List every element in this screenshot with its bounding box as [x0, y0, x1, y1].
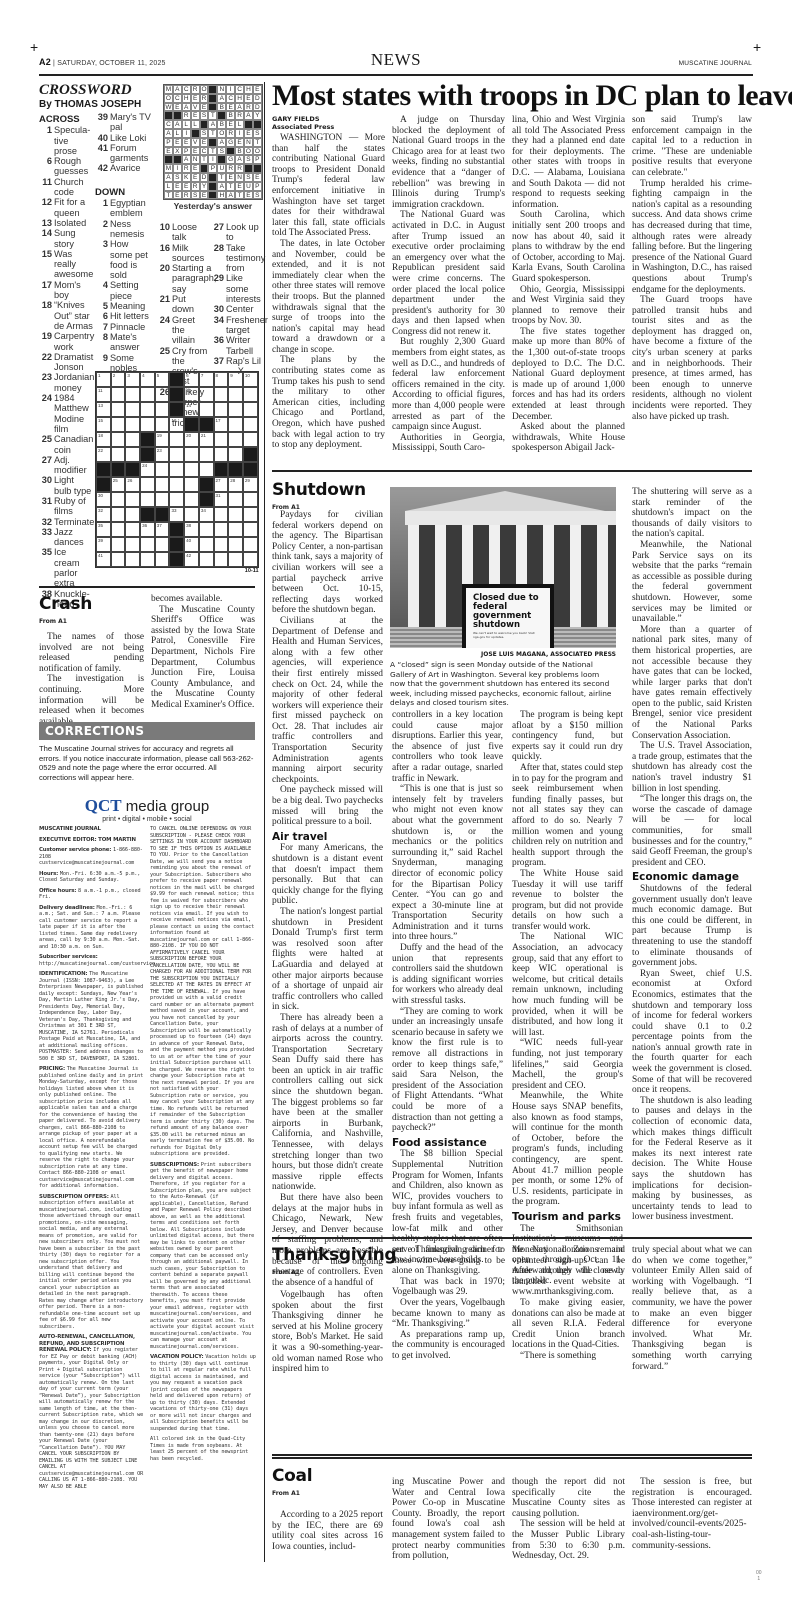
grid-cell[interactable]: 27 — [214, 477, 229, 492]
grid-cell[interactable]: 10 — [243, 372, 258, 387]
answer-cell: D — [200, 173, 209, 182]
grid-cell[interactable] — [199, 447, 214, 462]
grid-cell[interactable]: 24 — [140, 462, 155, 477]
grid-cell[interactable] — [111, 447, 126, 462]
grid-cell[interactable] — [169, 447, 184, 462]
clue: 25Canadian coin — [39, 434, 93, 455]
shutdown-col2: controllers in a key location could caus… — [392, 710, 503, 1266]
answer-cell: S — [253, 191, 262, 200]
answer-cell: Y — [253, 111, 262, 120]
answer-cell: M — [164, 85, 173, 94]
byline-org: Associated Press — [272, 123, 334, 131]
grid-cell[interactable]: 25 — [111, 477, 126, 492]
answer-cell — [253, 164, 262, 173]
answer-cell: B — [217, 120, 226, 129]
thanksgiving-col3: Monetary donations and volunteer sign-up… — [512, 1245, 625, 1362]
grid-cell[interactable]: 7 — [199, 372, 214, 387]
down-clues-col2: 27Look up to28Take testimony from29Like … — [211, 222, 263, 376]
answer-cell: D — [253, 94, 262, 103]
grid-cell[interactable]: 17 — [214, 417, 229, 432]
grid-cell[interactable]: 29 — [243, 477, 258, 492]
answer-cell — [200, 164, 209, 173]
coal-col4: The session is free, but registration is… — [632, 1477, 752, 1551]
answer-cell: O — [164, 94, 173, 103]
grid-cell[interactable] — [125, 537, 140, 552]
grid-cell[interactable] — [214, 537, 229, 552]
clue: 1Egyptian emblem — [95, 198, 151, 219]
grid-cell[interactable]: 30 — [96, 492, 111, 507]
grid-cell[interactable] — [184, 492, 199, 507]
byline-name: GARY FIELDS — [272, 115, 334, 123]
answer-cell — [191, 129, 200, 138]
masthead-block: MUSCATINE JOURNAL — [39, 826, 144, 833]
answer-cell: V — [191, 103, 200, 112]
grid-cell[interactable] — [111, 387, 126, 402]
answer-cell: L — [173, 129, 182, 138]
grid-cell[interactable]: 22 — [96, 447, 111, 462]
grid-cell[interactable] — [228, 492, 243, 507]
lead-col1: WASHINGTON — More than half the states c… — [272, 133, 385, 451]
grid-cell[interactable] — [228, 402, 243, 417]
grid-cell[interactable] — [155, 477, 170, 492]
grid-cell[interactable] — [243, 447, 258, 462]
grid-cell[interactable] — [169, 492, 184, 507]
grid-cell[interactable] — [140, 447, 155, 462]
grid-cell[interactable] — [125, 492, 140, 507]
answer-cell: T — [253, 138, 262, 147]
grid-cell[interactable] — [199, 522, 214, 537]
answer-cell: E — [244, 129, 253, 138]
masthead-right-col: TO CANCEL ONLINE DEPENDING ON YOUR SUBSC… — [150, 826, 256, 1466]
grid-cell[interactable] — [199, 462, 214, 477]
grid-cell[interactable] — [125, 462, 140, 477]
answer-cell: A — [217, 138, 226, 147]
clue: 7Pinnacle — [95, 322, 151, 332]
clue: 27Look up to — [211, 222, 263, 243]
answer-cell — [173, 111, 182, 120]
clue: 4Setting piece — [95, 280, 151, 301]
grid-cell[interactable] — [125, 552, 140, 567]
answer-cell: A — [244, 111, 253, 120]
grid-cell[interactable] — [199, 387, 214, 402]
logo-rest: media group — [122, 798, 210, 815]
grid-cell[interactable] — [125, 387, 140, 402]
answer-cell: P — [164, 138, 173, 147]
answer-cell: E — [164, 147, 173, 156]
clue: 18“Knives Out” star de Armas — [39, 300, 93, 331]
grid-cell[interactable] — [169, 462, 184, 477]
answer-cell: B — [226, 111, 235, 120]
answer-cell: S — [191, 191, 200, 200]
answer-cell: C — [200, 147, 209, 156]
grid-cell[interactable] — [140, 477, 155, 492]
answer-cell: E — [173, 138, 182, 147]
answer-cell: C — [173, 94, 182, 103]
answer-cell: I — [182, 129, 191, 138]
grid-cell[interactable] — [111, 417, 126, 432]
clue: 16Milk sources — [157, 243, 209, 264]
grid-cell[interactable]: 11 — [96, 387, 111, 402]
crash-col2: becomes available.The Muscatine County S… — [151, 594, 255, 711]
grid-cell[interactable] — [199, 477, 214, 492]
clue: 34Freshener target — [211, 315, 263, 336]
shutdown-photo: Closed due to federal government shutdow… — [390, 487, 616, 648]
grid-cell[interactable] — [169, 372, 184, 387]
grid-cell[interactable] — [111, 432, 126, 447]
grid-cell[interactable] — [155, 537, 170, 552]
answer-cell — [208, 191, 217, 200]
answer-cell — [173, 155, 182, 164]
answer-cell: P — [208, 164, 217, 173]
grid-cell[interactable] — [184, 417, 199, 432]
grid-cell[interactable] — [184, 507, 199, 522]
grid-cell[interactable] — [140, 402, 155, 417]
qct-logo: QCT media group print • digital • mobile… — [39, 796, 255, 823]
thanksgiving-divider-1 — [272, 1454, 752, 1456]
across-clues-cont: 39Mary's TV pal40Like Loki41Forum garmen… — [95, 112, 151, 373]
grid-cell[interactable] — [140, 432, 155, 447]
grid-cell[interactable] — [243, 552, 258, 567]
answer-cell: T — [208, 111, 217, 120]
grid-cell[interactable] — [243, 417, 258, 432]
grid-cell[interactable] — [228, 507, 243, 522]
answer-cell — [208, 173, 217, 182]
grid-cell[interactable]: 15 — [96, 417, 111, 432]
answer-cell: S — [217, 147, 226, 156]
grid-cell[interactable]: 4 — [140, 372, 155, 387]
grid-cell[interactable] — [228, 447, 243, 462]
grid-cell[interactable] — [155, 402, 170, 417]
shutdown-col1: Paydays for civilian federal workers dep… — [272, 510, 383, 1288]
answer-cell: N — [244, 138, 253, 147]
column-divider — [264, 82, 265, 1562]
answer-cell: E — [173, 103, 182, 112]
lead-col2: A judge on Thursday blocked the deployme… — [392, 115, 505, 454]
grid-cell[interactable] — [96, 477, 111, 492]
grid-cell[interactable]: 19 — [155, 432, 170, 447]
grid-cell[interactable] — [169, 522, 184, 537]
clue: 32Terminate — [39, 517, 93, 527]
answer-cell — [244, 164, 253, 173]
grid-cell[interactable] — [199, 552, 214, 567]
answer-cell: A — [164, 173, 173, 182]
grid-cell[interactable]: 35 — [96, 522, 111, 537]
clue: 17Mom's boy — [39, 280, 93, 301]
answer-cell: E — [253, 173, 262, 182]
grid-cell[interactable] — [214, 462, 229, 477]
clue: 29Like some interests — [211, 273, 263, 304]
answer-cell: C — [235, 85, 244, 94]
answer-cell: H — [182, 94, 191, 103]
grid-cell[interactable] — [214, 447, 229, 462]
grid-cell[interactable]: 20 — [184, 432, 199, 447]
clue: 241984 Matthew Modine film — [39, 393, 93, 434]
grid-cell[interactable] — [199, 402, 214, 417]
clue: 28Take testimony from — [211, 243, 263, 274]
grid-cell[interactable] — [169, 552, 184, 567]
answer-cell: I — [226, 85, 235, 94]
masthead-block: Hours: Mon.-Fri. 6:30 a.m.-5 p.m., Close… — [39, 871, 144, 884]
grid-cell[interactable]: 34 — [199, 507, 214, 522]
grid-cell[interactable] — [169, 432, 184, 447]
answer-cell: T — [200, 155, 209, 164]
clue: 5Meaning — [95, 301, 151, 311]
grid-cell[interactable]: 12 — [184, 387, 199, 402]
yesterday-grid: MACRONICHEOCHERACHEDWEAVEBEARDRESTBRAYCA… — [163, 84, 263, 200]
answer-cell: T — [235, 191, 244, 200]
answer-cell: I — [235, 129, 244, 138]
grid-cell[interactable] — [243, 402, 258, 417]
answer-cell: O — [200, 85, 209, 94]
corrections-text: The Muscatine Journal strives for accura… — [39, 744, 255, 782]
answer-cell: M — [164, 164, 173, 173]
answer-cell: U — [244, 182, 253, 191]
answer-cell: C — [182, 85, 191, 94]
answer-cell: R — [226, 129, 235, 138]
grid-cell[interactable] — [140, 537, 155, 552]
grid-cell[interactable]: 21 — [199, 432, 214, 447]
grid-cell[interactable] — [243, 462, 258, 477]
answer-cell: E — [226, 173, 235, 182]
answer-cell: R — [235, 164, 244, 173]
grid-cell[interactable]: 14 — [184, 402, 199, 417]
grid-cell[interactable] — [140, 492, 155, 507]
grid-cell[interactable]: 1 — [96, 372, 111, 387]
grid-cell[interactable] — [199, 537, 214, 552]
clue: 22Dramatist Jonson — [39, 352, 93, 373]
thanksgiving-jump-line: From A1 — [272, 1269, 387, 1276]
answer-cell — [208, 182, 217, 191]
across-clues: ACROSS1Specula-tive prose6Rough guesses1… — [39, 112, 93, 609]
grid-cell[interactable] — [155, 387, 170, 402]
grid-cell[interactable] — [155, 552, 170, 567]
grid-cell[interactable] — [169, 477, 184, 492]
grid-cell[interactable] — [125, 402, 140, 417]
answer-cell: E — [182, 138, 191, 147]
grid-cell[interactable] — [228, 432, 243, 447]
answer-cell: A — [182, 103, 191, 112]
grid-cell[interactable]: 33 — [169, 507, 184, 522]
grid-cell[interactable] — [111, 522, 126, 537]
answer-cell: R — [182, 111, 191, 120]
answer-cell: K — [182, 173, 191, 182]
grid-cell[interactable] — [140, 417, 155, 432]
grid-cell[interactable] — [125, 432, 140, 447]
answer-cell: I — [208, 155, 217, 164]
grid-cell[interactable] — [214, 507, 229, 522]
grid-cell[interactable] — [214, 552, 229, 567]
grid-cell[interactable] — [169, 537, 184, 552]
grid-cell[interactable]: 3 — [125, 372, 140, 387]
answer-cell: P — [253, 155, 262, 164]
grid-cell[interactable] — [140, 387, 155, 402]
clue: 15Was really awesome — [39, 249, 93, 280]
grid-cell[interactable] — [214, 402, 229, 417]
answer-cell: C — [226, 94, 235, 103]
clue: 14Sung story — [39, 228, 93, 249]
pediment — [405, 491, 605, 511]
grid-cell[interactable]: 16 — [169, 417, 184, 432]
answer-cell: A — [235, 103, 244, 112]
sign-text: Closed due to federal government shutdow… — [473, 594, 543, 630]
grid-cell[interactable]: 28 — [228, 477, 243, 492]
clue: 35Ice cream parlor extra — [39, 547, 93, 588]
grid-cell[interactable] — [155, 417, 170, 432]
subhead-food-assistance: Food assistance — [392, 1138, 503, 1149]
grid-cell[interactable] — [199, 492, 214, 507]
answer-cell: A — [226, 191, 235, 200]
answer-cell: H — [244, 85, 253, 94]
clue: 12Fit for a queen — [39, 197, 93, 218]
grid-cell[interactable] — [214, 522, 229, 537]
clue: 19Carpentry work — [39, 331, 93, 352]
grid-cell[interactable] — [111, 462, 126, 477]
grid-cell[interactable] — [243, 432, 258, 447]
grid-cell[interactable] — [243, 387, 258, 402]
answer-cell: R — [235, 111, 244, 120]
subhead-economic-damage: Economic damage — [632, 872, 752, 883]
grid-cell[interactable] — [140, 552, 155, 567]
answer-cell: A — [173, 85, 182, 94]
grid-cell[interactable] — [111, 507, 126, 522]
answer-cell: E — [226, 120, 235, 129]
answer-cell: S — [244, 173, 253, 182]
header-rule — [39, 74, 753, 76]
answer-cell: U — [217, 164, 226, 173]
grid-cell[interactable]: 41 — [96, 552, 111, 567]
answer-cell — [226, 147, 235, 156]
grid-cell[interactable]: 26 — [125, 477, 140, 492]
paper-name: MUSCATINE JOURNAL — [679, 60, 752, 67]
grid-cell[interactable] — [228, 537, 243, 552]
grid-cell[interactable] — [169, 402, 184, 417]
grid-cell[interactable]: 38 — [184, 522, 199, 537]
grid-cell[interactable] — [111, 402, 126, 417]
thanksgiving-col4: truly special about what we can do when … — [632, 1245, 752, 1372]
puzzle-grid[interactable]: 1234567891011121314151617181920212223242… — [95, 371, 259, 568]
photo-credit: JOSE LUIS MAGANA, ASSOCIATED PRESS — [390, 651, 616, 658]
grid-cell[interactable] — [184, 447, 199, 462]
answer-cell: G — [226, 138, 235, 147]
answer-cell: E — [191, 173, 200, 182]
masthead-block: PRICING: The Muscatine Journal is publis… — [39, 1066, 144, 1190]
grid-cell[interactable]: 36 — [140, 522, 155, 537]
masthead-block: SUBSCRIPTION OFFERS: All subscription of… — [39, 1194, 144, 1331]
grid-cell[interactable]: 37 — [155, 522, 170, 537]
grid-cell[interactable]: 32 — [96, 507, 111, 522]
grid-cell[interactable] — [228, 387, 243, 402]
clue: 39Mary's TV pal — [95, 112, 151, 133]
shutdown-divider — [272, 1237, 752, 1239]
grid-cell[interactable] — [228, 417, 243, 432]
masthead-block: Office hours: 8 a.m.-1 p.m., closed Fri. — [39, 888, 144, 901]
answer-cell: A — [173, 120, 182, 129]
grid-cell[interactable]: 42 — [184, 552, 199, 567]
clue: 2Ness nemesis — [95, 219, 151, 240]
coal-jump-line: From A1 — [272, 1490, 382, 1497]
grid-cell[interactable] — [243, 522, 258, 537]
answer-cell: S — [244, 155, 253, 164]
grid-cell[interactable]: 23 — [155, 447, 170, 462]
answer-cell: E — [253, 85, 262, 94]
grid-cell[interactable]: 5 — [155, 372, 170, 387]
grid-cell[interactable] — [214, 387, 229, 402]
clue: 36Writer Tarbell — [211, 335, 263, 356]
grid-cell[interactable]: 8 — [214, 372, 229, 387]
clue: 20Starting a paragraph, say — [157, 263, 209, 294]
grid-cell[interactable] — [155, 507, 170, 522]
answer-cell — [244, 120, 253, 129]
grid-cell[interactable] — [125, 522, 140, 537]
answer-cell — [208, 94, 217, 103]
answer-cell: N — [235, 173, 244, 182]
grid-cell[interactable] — [184, 462, 199, 477]
masthead-block: AUTO-RENEWAL, CANCELLATION, REFUND, AND … — [39, 1334, 144, 1490]
clue: 42Avarice — [95, 163, 151, 173]
grid-cell[interactable]: 13 — [96, 402, 111, 417]
logo-tagline: print • digital • mobile • social — [39, 816, 255, 823]
grid-cell[interactable] — [96, 462, 111, 477]
grid-cell[interactable] — [243, 507, 258, 522]
grid-cell[interactable] — [111, 492, 126, 507]
clue: 23Jordanian money — [39, 372, 93, 393]
grid-cell[interactable] — [228, 522, 243, 537]
grid-cell[interactable] — [111, 537, 126, 552]
answer-cell — [217, 155, 226, 164]
grid-cell[interactable] — [199, 417, 214, 432]
grid-cell[interactable] — [125, 417, 140, 432]
grid-cell[interactable] — [169, 387, 184, 402]
grid-cell[interactable]: 39 — [96, 537, 111, 552]
grid-cell[interactable] — [228, 462, 243, 477]
grid-cell[interactable]: 9 — [228, 372, 243, 387]
grid-cell[interactable] — [155, 462, 170, 477]
crossword: CROSSWORD By THOMAS JOSEPH ACROSS1Specul… — [39, 82, 261, 582]
masthead-block: EXECUTIVE EDITOR: TOM MARTIN — [39, 837, 144, 844]
grid-cell[interactable]: 6 — [184, 372, 199, 387]
grid-cell[interactable] — [155, 492, 170, 507]
grid-cell[interactable] — [243, 492, 258, 507]
grid-cell[interactable] — [140, 507, 155, 522]
grid-cell[interactable] — [243, 537, 258, 552]
answer-cell: X — [173, 147, 182, 156]
answer-cell: S — [253, 129, 262, 138]
answer-cell: E — [191, 94, 200, 103]
answer-cell: E — [235, 138, 244, 147]
answer-cell: E — [235, 182, 244, 191]
clue: 30Center — [211, 304, 263, 314]
shutdown-col3: The program is being kept afloat by a $1… — [512, 710, 623, 1287]
grid-cell[interactable]: 2 — [111, 372, 126, 387]
answer-cell: S — [200, 111, 209, 120]
grid-cell[interactable] — [228, 552, 243, 567]
grid-cell[interactable] — [125, 507, 140, 522]
answer-cell — [164, 155, 173, 164]
grid-cell[interactable]: 31 — [214, 492, 229, 507]
answer-cell: L — [164, 182, 173, 191]
grid-cell[interactable] — [214, 432, 229, 447]
answer-cell: E — [200, 103, 209, 112]
grid-cell[interactable]: 40 — [184, 537, 199, 552]
grid-cell[interactable]: 18 — [96, 432, 111, 447]
answer-cell: A — [217, 94, 226, 103]
corrections-bar: CORRECTIONS — [39, 722, 255, 740]
lead-col4: son said Trump's law enforcement campaig… — [632, 115, 752, 422]
grid-cell[interactable] — [184, 477, 199, 492]
grid-cell[interactable] — [125, 447, 140, 462]
grid-cell[interactable] — [111, 552, 126, 567]
subhead-tourism: Tourism and parks — [512, 1212, 623, 1223]
